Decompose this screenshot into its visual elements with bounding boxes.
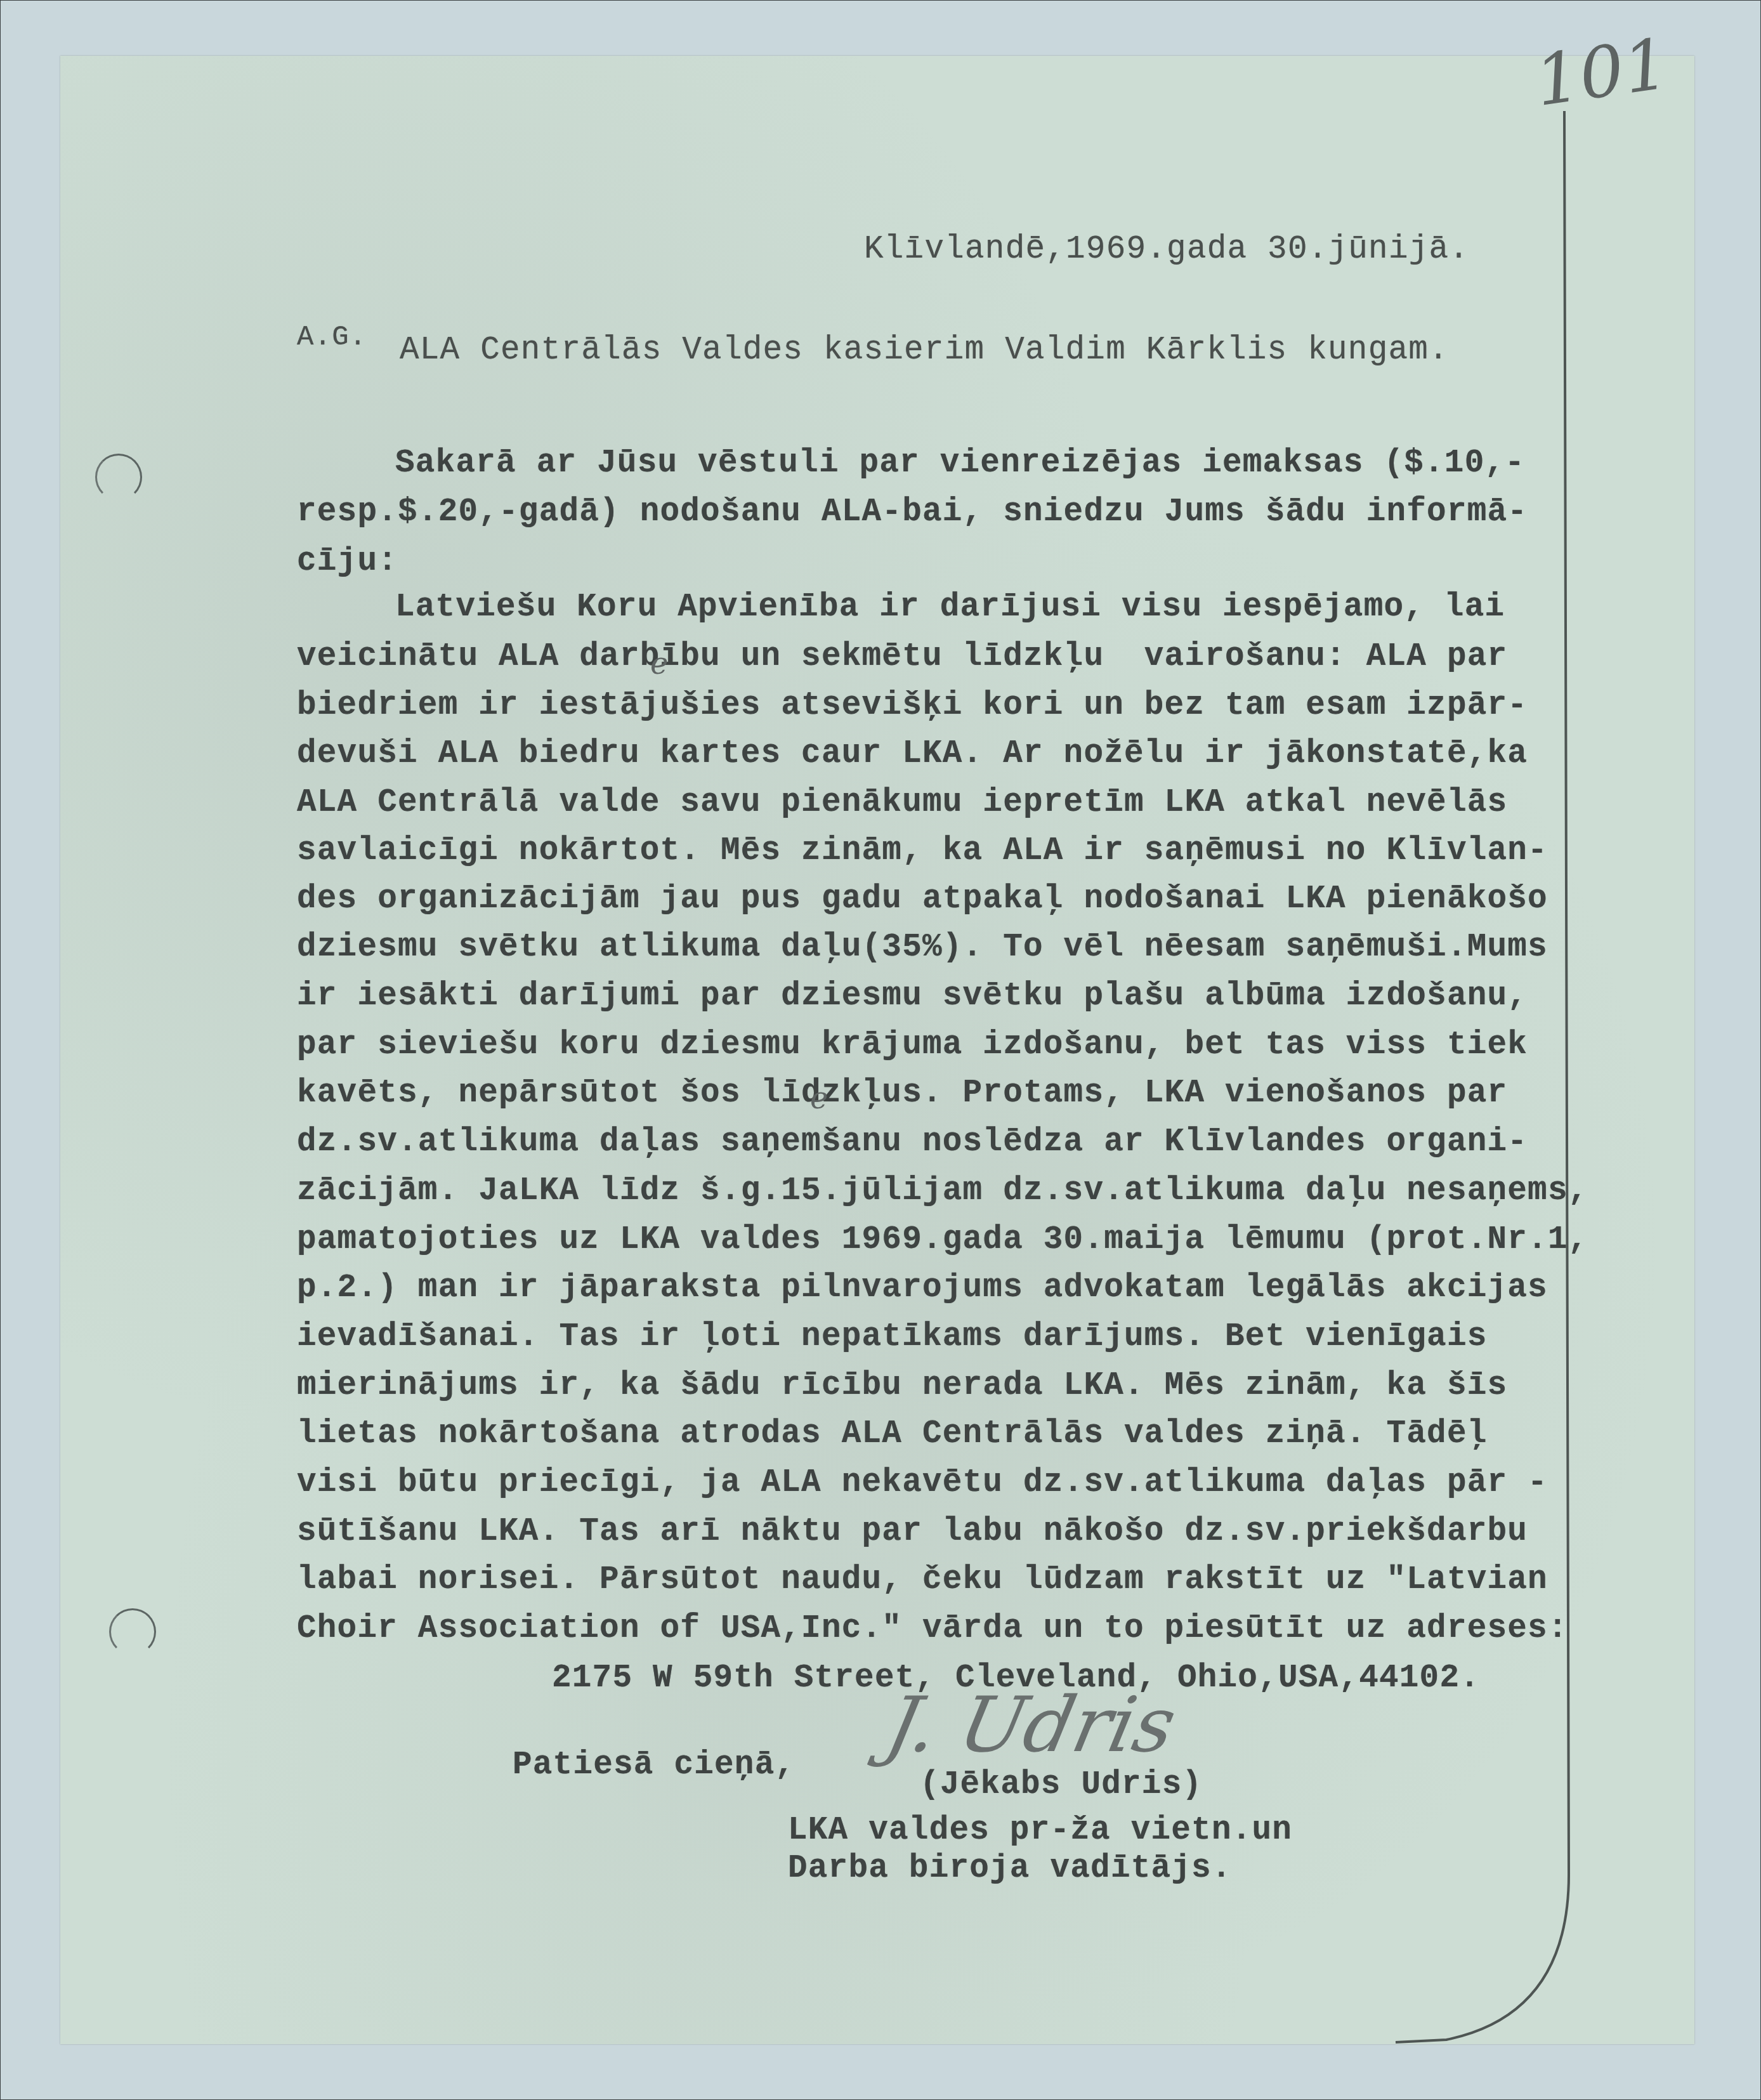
salutation-prefix: A.G. xyxy=(297,324,367,351)
paragraph2-line: Choir Association of USA,Inc." vārda un … xyxy=(297,1613,1568,1645)
paragraph2-line: dz.sv.atlikuma daļas saņemšanu noslēdza … xyxy=(297,1126,1528,1158)
paragraph2-line: p.2.) man ir jāparaksta pilnvarojums adv… xyxy=(297,1272,1548,1304)
paragraph2-line: ievadīšanai. Tas ir ļoti nepatīkams darī… xyxy=(297,1321,1488,1353)
paragraph2-line: kavēts, nepārsūtot šos līdzkļus. Protams… xyxy=(297,1077,1507,1110)
paragraph2-line: ALA Centrālā valde savu pienākumu iepret… xyxy=(297,787,1507,819)
paragraph2-line: veicinātu ALA darbību un sekmētu līdzkļu… xyxy=(297,641,1507,673)
paragraph2-line: ir iesākti darījumi par dziesmu svētku p… xyxy=(297,980,1528,1013)
paragraph2-line: zācijām. JaLKA līdz š.g.15.jūlijam dz.sv… xyxy=(297,1175,1588,1207)
signer-title-line: LKA valdes pr-ža vietn.un xyxy=(788,1815,1292,1847)
place-date: Klīvlandē,1969.gada 30.jūnijā. xyxy=(864,233,1469,266)
paragraph2-line: pamatojoties uz LKA valdes 1969.gada 30.… xyxy=(297,1224,1588,1256)
paragraph2-line: des organizācijām jau pus gadu atpakaļ n… xyxy=(297,883,1548,915)
paragraph2-line: labai norisei. Pārsūtot naudu, čeku lūdz… xyxy=(297,1564,1548,1596)
paragraph1-line: cīju: xyxy=(297,546,398,578)
paragraph2-line: biedriem ir iestājušies atsevišķi kori u… xyxy=(297,690,1528,722)
punch-hole-top xyxy=(95,454,142,501)
paragraph1-line: resp.$.20,-gadā) nodošanu ALA-bai, snied… xyxy=(297,496,1528,528)
paragraph2-line: lietas nokārtošana atrodas ALA Centrālās… xyxy=(297,1418,1488,1450)
paragraph2-line: par sieviešu koru dziesmu krājuma izdoša… xyxy=(297,1029,1528,1061)
paragraph2-line: sūtīšanu LKA. Tas arī nāktu par labu nāk… xyxy=(297,1516,1528,1548)
paragraph2-line: mierinājums ir, ka šādu rīcību nerada LK… xyxy=(297,1370,1507,1402)
handwritten-correction: e xyxy=(810,1080,828,1116)
paragraph2-line: savlaicīgi nokārtot. Mēs zinām, ka ALA i… xyxy=(297,835,1548,867)
paragraph2-line: Latviešu Koru Apvienība ir darījusi visu… xyxy=(395,591,1505,624)
paragraph2-line: devuši ALA biedru kartes caur LKA. Ar no… xyxy=(297,738,1528,770)
signer-name: (Jēkabs Udris) xyxy=(920,1769,1202,1801)
signature: J. Udris xyxy=(879,1681,1183,1769)
paragraph1-line: Sakarā ar Jūsu vēstuli par vienreizējas … xyxy=(395,447,1525,480)
signer-title-line: Darba biroja vadītājs. xyxy=(788,1853,1232,1885)
addressee: ALA Centrālās Valdes kasierim Valdim Kār… xyxy=(400,334,1449,367)
handwritten-correction: e xyxy=(650,646,668,681)
punch-hole-bottom xyxy=(109,1608,156,1655)
closing: Patiesā cieņā, xyxy=(513,1749,795,1782)
paragraph2-line: dziesmu svētku atlikuma daļu(35%). To vē… xyxy=(297,931,1548,964)
paragraph2-line: visi būtu priecīgi, ja ALA nekavētu dz.s… xyxy=(297,1467,1548,1499)
